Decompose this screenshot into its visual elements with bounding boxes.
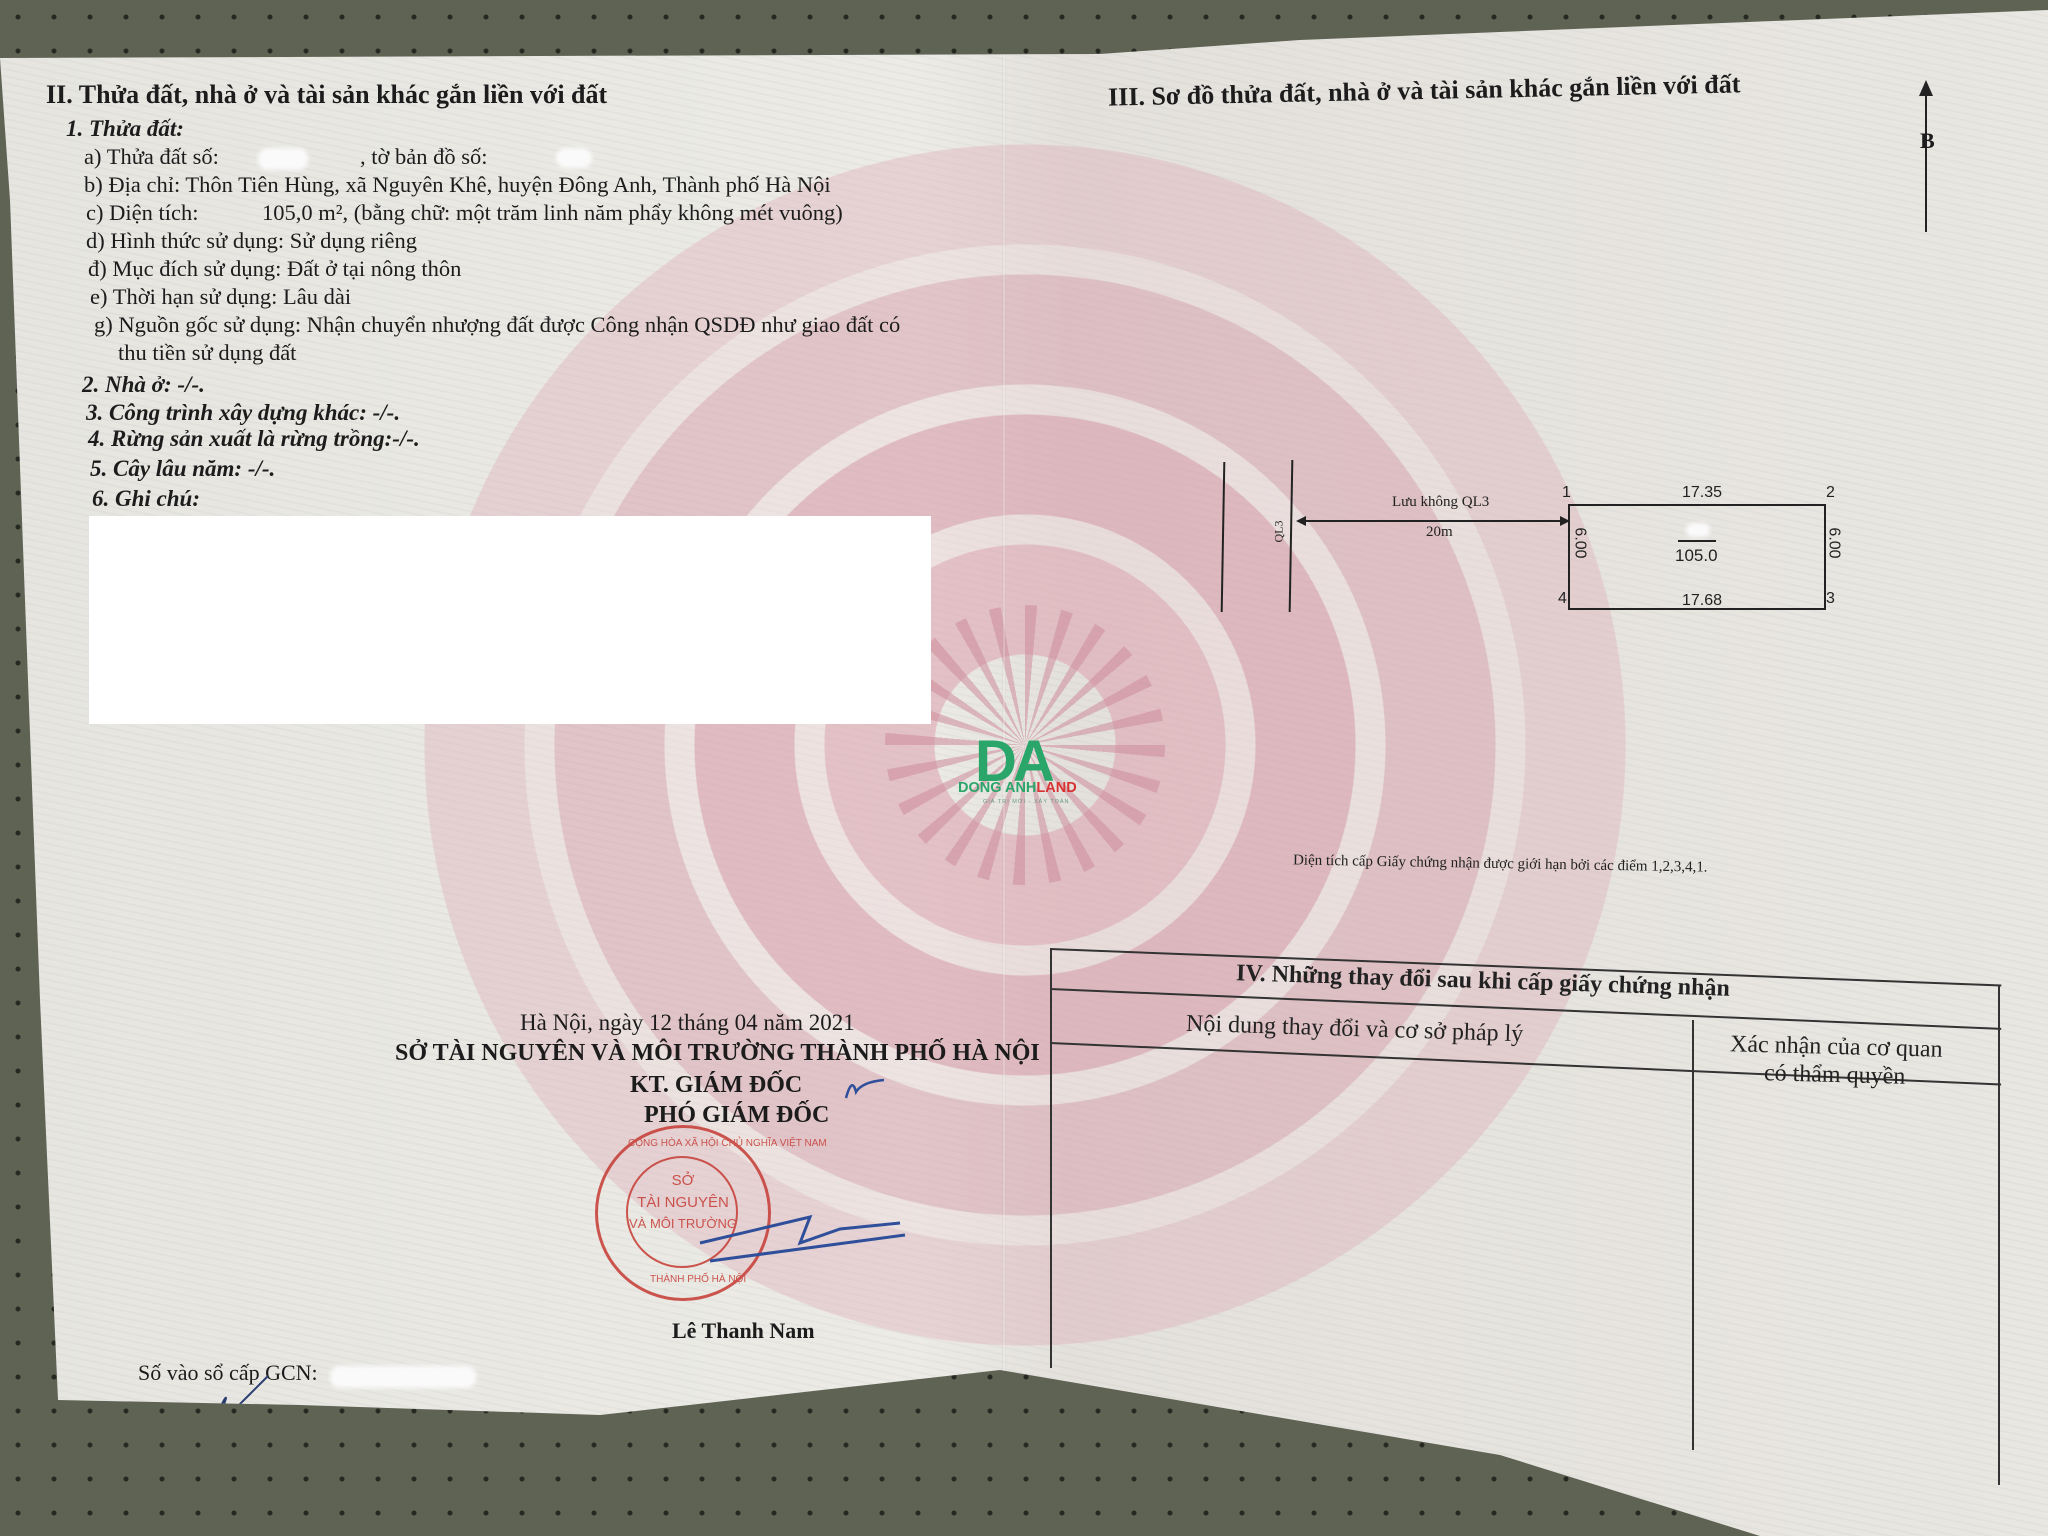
usage-term: e) Thời hạn sử dụng: Lâu dài — [90, 284, 351, 310]
redacted-map-sheet — [556, 148, 592, 168]
table-col-changes: Nội dung thay đổi và cơ sở pháp lý — [1186, 1011, 1524, 1049]
redacted-notes — [89, 516, 931, 724]
address: b) Địa chỉ: Thôn Tiên Hùng, xã Nguyên Kh… — [84, 172, 831, 198]
signature-scribble — [690, 1205, 920, 1265]
signer-name: Lê Thanh Nam — [672, 1318, 815, 1344]
redacted-parcel-number — [258, 148, 308, 170]
north-label: B — [1920, 128, 1935, 154]
point-3: 3 — [1826, 590, 1835, 608]
issue-date: Hà Nội, ngày 12 tháng 04 năm 2021 — [520, 1010, 855, 1036]
watermark-brand: DONG ANHLAND — [958, 780, 1077, 796]
usage-origin-cont: thu tiền sử dụng đất — [118, 340, 296, 366]
edge-bottom-length: 17.68 — [1682, 592, 1722, 610]
other-works-item: 3. Công trình xây dựng khác: -/-. — [86, 400, 400, 426]
setback-distance: 20m — [1426, 524, 1453, 541]
land-heading: 1. Thửa đất: — [66, 116, 184, 142]
north-arrow-shaft — [1925, 92, 1927, 232]
parcel-area: 105.0 — [1675, 546, 1718, 566]
edge-right-length: 6.00 — [1825, 527, 1843, 558]
arrow-left-icon — [1296, 516, 1306, 526]
fraction-bar — [1678, 540, 1716, 542]
redacted-parcel-id — [1686, 523, 1710, 537]
table-col-confirmation-1: Xác nhận của cơ quan — [1730, 1031, 1943, 1064]
point-2: 2 — [1826, 484, 1835, 502]
watermark-tagline: GIÁ TRỊ MỚI - XÂY TOÀN — [983, 799, 1070, 805]
table-column-divider — [1692, 1020, 1694, 1450]
certificate-paper: II. Thửa đất, nhà ở và tài sản khác gắn … — [0, 0, 2048, 1536]
section-iii-title: III. Sơ đồ thửa đất, nhà ở và tài sản kh… — [1108, 69, 1741, 112]
usage-purpose: đ) Mục đích sử dụng: Đất ở tại nông thôn — [88, 256, 461, 282]
signer-role-1: KT. GIÁM ĐỐC — [630, 1072, 802, 1099]
notes-heading: 6. Ghi chú: — [92, 486, 200, 512]
table-col-confirmation-2: có thẩm quyền — [1764, 1060, 1906, 1091]
usage-origin: g) Nguồn gốc sử dụng: Nhận chuyển nhượng… — [94, 312, 900, 338]
parcel-number-label: a) Thửa đất số: — [84, 144, 219, 170]
setback-label: Lưu không QL3 — [1392, 494, 1489, 511]
section-ii-title: II. Thửa đất, nhà ở và tài sản khác gắn … — [46, 80, 607, 110]
setback-dimension-line — [1298, 520, 1568, 522]
forest-item: 4. Rừng sản xuất là rừng trồng:-/-. — [88, 426, 420, 452]
boundary-note: Diện tích cấp Giấy chứng nhận được giới … — [1293, 852, 1708, 876]
area-label: c) Diện tích: — [86, 200, 198, 226]
perennial-item: 5. Cây lâu năm: -/-. — [90, 456, 275, 482]
point-4: 4 — [1558, 590, 1567, 608]
road-label: QL3 — [1272, 521, 1287, 543]
point-1: 1 — [1562, 484, 1571, 502]
map-sheet-label: , tờ bản đồ số: — [360, 144, 488, 170]
road-edge-left — [1221, 462, 1226, 612]
road-edge-right — [1289, 460, 1294, 612]
edge-left-length: 6.00 — [1571, 527, 1589, 558]
redacted-registry-number — [330, 1366, 476, 1388]
usage-form: d) Hình thức sử dụng: Sử dụng riêng — [86, 228, 417, 254]
area-value: 105,0 m², (bằng chữ: một trăm linh năm p… — [262, 200, 843, 226]
table-border-right — [1998, 985, 2000, 1485]
house-item: 2. Nhà ở: -/-. — [82, 372, 205, 398]
edge-top-length: 17.35 — [1682, 484, 1722, 502]
initial-mark — [840, 1072, 890, 1102]
north-arrow-icon — [1919, 80, 1933, 96]
table-border-left — [1050, 948, 1052, 1368]
issuing-agency: SỞ TÀI NGUYÊN VÀ MÔI TRƯỜNG THÀNH PHỐ HÀ… — [395, 1040, 1040, 1067]
